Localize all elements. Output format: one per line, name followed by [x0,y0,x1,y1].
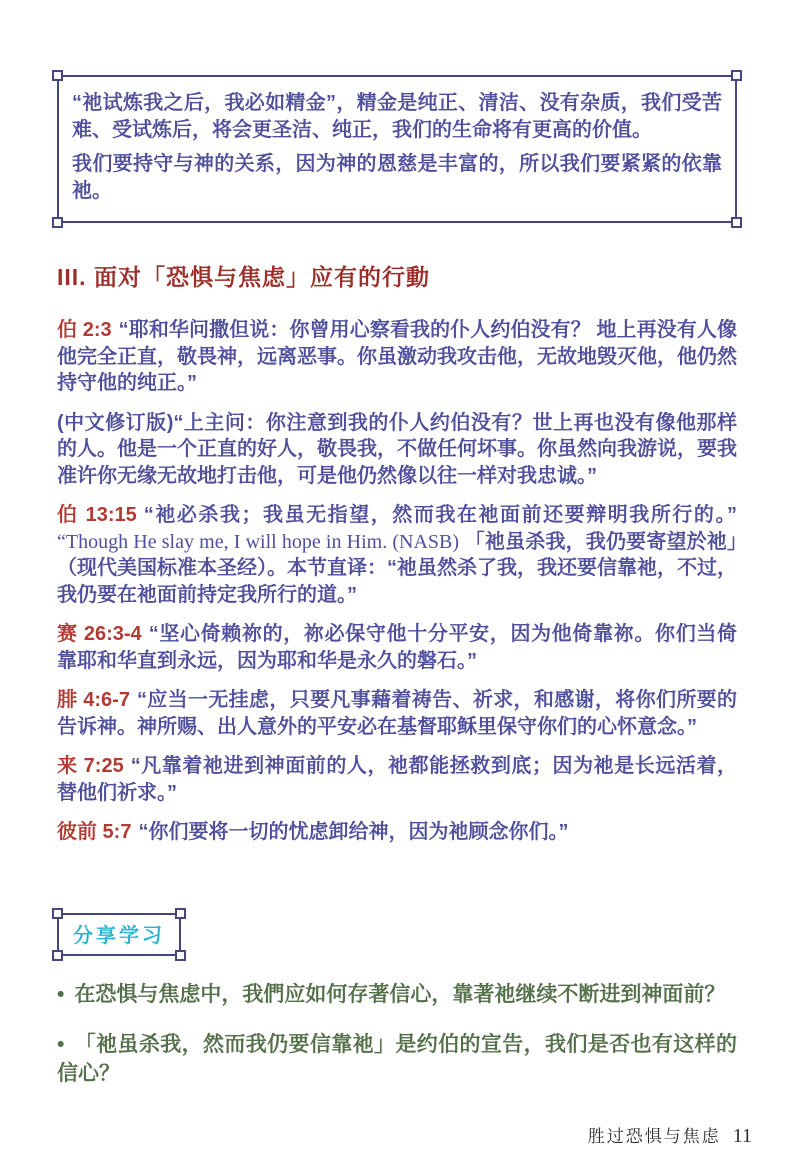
footer-book-title: 胜过恐惧与焦虑 [588,1127,721,1146]
corner-ornament-icon [52,217,63,228]
verse-text: (中文修订版)“上主问：你注意到我的仆人约伯没有？世上再也没有像他那样的人。他是… [57,412,737,487]
document-page: “祂试炼我之后，我必如精金”，精金是纯正、清洁、没有杂质，我们受苦难、受试炼后，… [0,0,790,1170]
bullet-icon: • [57,1033,74,1056]
verse-paragraph: 腓 4:6-7“应当一无挂虑，只要凡事藉着祷告、祈求，和感谢，将你们所要的告诉神… [57,687,737,740]
verse-text: “坚心倚赖祢的，祢必保守他十分平安，因为他倚靠祢。你们当倚靠耶和华直到永远，因为… [57,623,737,672]
share-study-box: 分享学习 [57,913,181,956]
verse-paragraph: 来 7:25“凡靠着祂进到神面前的人，祂都能拯救到底；因为祂是长远活着，替他们祈… [57,753,737,806]
question-text: 在恐惧与焦虑中，我們应如何存著信心，靠著祂继续不断进到神面前？ [74,983,725,1006]
verse-paragraph: 伯 13:15“祂必杀我；我虽无指望，然而我在祂面前还要辩明我所行的。” “Th… [57,502,737,608]
verse-text: “耶和华问撒但说：你曾用心察看我的仆人约伯没有？ 地上再没有人像他完全正直，敬畏… [57,319,737,394]
quote-paragraph: 我们要持守与神的关系，因为神的恩慈是丰富的，所以我们要紧紧的依靠祂。 [72,151,722,205]
corner-ornament-icon [52,908,63,919]
question-item: •在恐惧与焦虑中，我們应如何存著信心，靠著祂继续不断进到神面前？ [57,980,737,1009]
share-study-label: 分享学习 [73,925,165,947]
verse-reference: 腓 4:6-7 [57,689,137,711]
verse-reference: 伯 2:3 [57,319,119,341]
corner-ornament-icon [175,908,186,919]
question-list: •在恐惧与焦虑中，我們应如何存著信心，靠著祂继续不断进到神面前？ •「祂虽杀我，… [57,980,737,1088]
verse-text: “你们要将一切的忧虑卸给神，因为祂顾念你们。” [138,821,568,843]
verse-text: “祂必杀我；我虽无指望，然而我在祂面前还要辩明我所行的。” [144,504,737,526]
corner-ornament-icon [731,217,742,228]
question-text: 「祂虽杀我，然而我仍要信靠祂」是约伯的宣告，我们是否也有这样的信心？ [57,1033,737,1085]
verse-reference: 彼前 5:7 [57,821,138,843]
corner-ornament-icon [52,70,63,81]
verse-paragraph: 伯 2:3“耶和华问撒但说：你曾用心察看我的仆人约伯没有？ 地上再没有人像他完全… [57,317,737,397]
verse-reference: 来 7:25 [57,755,131,777]
verse-reference: 伯 13:15 [57,504,144,526]
corner-ornament-icon [52,950,63,961]
section-heading: III. 面对「恐惧与焦虑」应有的行動 [57,259,737,292]
corner-ornament-icon [175,950,186,961]
page-content: “祂试炼我之后，我必如精金”，精金是纯正、清洁、没有杂质，我们受苦难、受试炼后，… [57,0,737,1109]
verse-text: “凡靠着祂进到神面前的人，祂都能拯救到底；因为祂是长远活着，替他们祈求。” [57,755,737,804]
question-item: •「祂虽杀我，然而我仍要信靠祂」是约伯的宣告，我们是否也有这样的信心？ [57,1030,737,1088]
page-footer: 胜过恐惧与焦虑11 [588,1122,752,1148]
verse-paragraph: 赛 26:3-4“坚心倚赖祢的，祢必保守他十分平安，因为他倚靠祢。你们当倚靠耶和… [57,621,737,674]
verse-text: “应当一无挂虑，只要凡事藉着祷告、祈求，和感谢，将你们所要的告诉神。神所赐、出人… [57,689,737,738]
verse-reference: 赛 26:3-4 [57,623,149,645]
bullet-icon: • [57,983,74,1006]
verse-text-english: “Though He slay me, I will hope in Him. … [57,531,459,553]
verse-list: 伯 2:3“耶和华问撒但说：你曾用心察看我的仆人约伯没有？ 地上再没有人像他完全… [57,317,737,846]
verse-paragraph: 彼前 5:7“你们要将一切的忧虑卸给神，因为祂顾念你们。” [57,819,737,846]
footer-page-number: 11 [733,1125,752,1147]
corner-ornament-icon [731,70,742,81]
quote-box: “祂试炼我之后，我必如精金”，精金是纯正、清洁、没有杂质，我们受苦难、受试炼后，… [57,75,737,223]
verse-paragraph: (中文修订版)“上主问：你注意到我的仆人约伯没有？世上再也没有像他那样的人。他是… [57,410,737,490]
quote-paragraph: “祂试炼我之后，我必如精金”，精金是纯正、清洁、没有杂质，我们受苦难、受试炼后，… [72,90,722,144]
